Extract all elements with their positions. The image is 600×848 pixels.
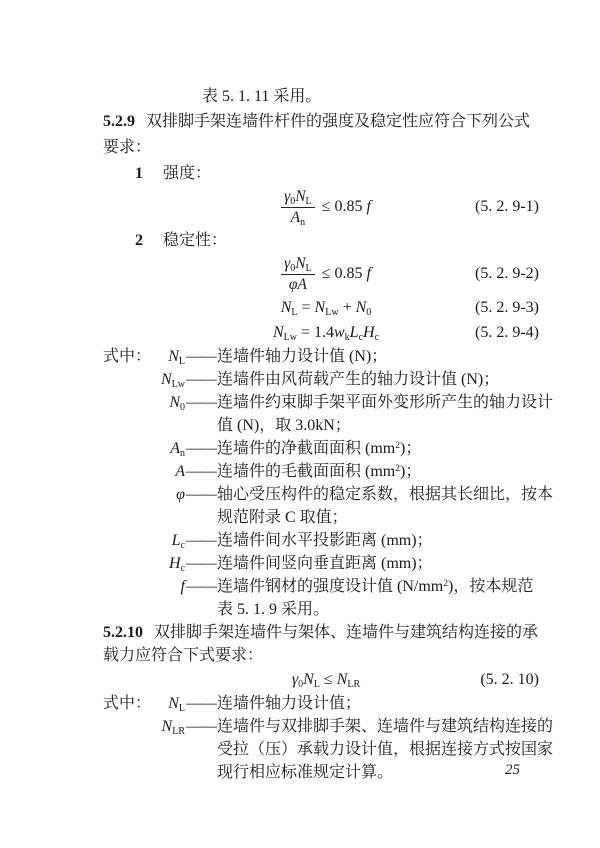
where-label: 式中： xyxy=(103,692,151,715)
symbol-Lc: Lc xyxy=(151,529,185,552)
fraction-numerator: γ0NL xyxy=(281,188,315,207)
equation-number: (5. 2. 9-3) xyxy=(459,299,539,317)
equation-5-2-9-3-body: NL = NLw + N0 xyxy=(103,299,459,317)
equation-5-2-9-1: γ0NLAn ≤ 0.85 f (5. 2. 9-1) xyxy=(103,186,539,228)
page-number: 25 xyxy=(505,762,520,779)
equation-5-2-9-2: γ0NLφA ≤ 0.85 f (5. 2. 9-2) xyxy=(103,253,539,295)
definition-text: 连墙件间竖向垂直距离 (mm)； xyxy=(217,552,539,575)
definition-dash: —— xyxy=(185,483,217,529)
section-5-2-9-number: 5.2.9 xyxy=(103,113,135,130)
fraction: γ0NLAn xyxy=(281,188,315,226)
symbol-An: An xyxy=(151,437,185,460)
fraction-numerator: γ0NL xyxy=(281,255,315,274)
definition-text: 轴心受压构件的稳定系数，根据其长细比，按本规范附录 C 取值； xyxy=(217,483,539,529)
section-5-2-9-title-line2: 要求： xyxy=(103,135,539,161)
definition-text: 连墙件的净截面面积 (mm2)； xyxy=(217,437,539,460)
definition-text: 连墙件轴力设计值； xyxy=(217,692,539,715)
section-5-2-9-heading: 5.2.9双排脚手架连墙件杆件的强度及稳定性应符合下列公式 xyxy=(103,109,539,135)
definition-text: 连墙件约束脚手架平面外变形所产生的轴力设计值 (N)，取 3.0kN； xyxy=(217,391,539,437)
symbol-phi: φ xyxy=(151,483,185,529)
item-1-number: 1 xyxy=(135,165,143,182)
section-5-2-9-title: 双排脚手架连墙件杆件的强度及稳定性应符合下列公式 xyxy=(146,113,530,130)
symbol-NLw: NLw xyxy=(151,368,185,391)
definition-row-NL-2: 式中： NL —— 连墙件轴力设计值； xyxy=(103,692,539,715)
fraction-denominator: An xyxy=(281,208,315,226)
definition-dash: —— xyxy=(185,692,217,715)
definition-text: 连墙件间水平投影距离 (mm)； xyxy=(217,529,539,552)
definition-row-Lc: Lc —— 连墙件间水平投影距离 (mm)； xyxy=(103,529,539,552)
definition-text: 连墙件钢材的强度设计值 (N/mm2)，按本规范表 5. 1. 9 采用。 xyxy=(217,575,539,621)
definition-row-phi: φ —— 轴心受压构件的稳定系数，根据其长细比，按本规范附录 C 取值； xyxy=(103,483,539,529)
equation-5-2-10-body: γ0NL ≤ NLR xyxy=(103,671,459,689)
equation-rhs: ≤ 0.85 f xyxy=(318,198,371,215)
paragraph-continuation: 表 5. 1. 11 采用。 xyxy=(103,84,539,109)
item-1-label: 强度： xyxy=(163,165,211,182)
definition-dash: —— xyxy=(185,437,217,460)
definition-dash: —— xyxy=(185,368,217,391)
section-5-2-10-title-line2: 载力应符合下式要求： xyxy=(103,644,539,667)
definition-dash: —— xyxy=(185,460,217,483)
definition-dash: —— xyxy=(185,715,217,784)
equation-5-2-9-1-body: γ0NLAn ≤ 0.85 f xyxy=(103,188,459,226)
definition-text: 连墙件轴力设计值 (N)； xyxy=(217,345,539,368)
list-item-strength: 1强度： xyxy=(103,161,539,186)
definition-row-NLw: NLw —— 连墙件由风荷载产生的轴力设计值 (N)； xyxy=(103,368,539,391)
definition-row-f: f —— 连墙件钢材的强度设计值 (N/mm2)，按本规范表 5. 1. 9 采… xyxy=(103,575,539,621)
definition-dash: —— xyxy=(185,552,217,575)
symbol-NL: NL xyxy=(151,692,185,715)
equation-rhs: ≤ 0.85 f xyxy=(318,265,371,282)
equation-5-2-10: γ0NL ≤ NLR (5. 2. 10) xyxy=(103,667,539,692)
definition-row-A: A —— 连墙件的毛截面面积 (mm2)； xyxy=(103,460,539,483)
equation-number: (5. 2. 9-2) xyxy=(459,265,539,283)
list-item-stability: 2稳定性： xyxy=(103,228,539,253)
symbol-A: A xyxy=(151,460,185,483)
fraction: γ0NLφA xyxy=(281,255,315,293)
definition-text: 连墙件与双排脚手架、连墙件与建筑结构连接的受拉（压）承载力设计值，根据连接方式按… xyxy=(217,715,539,784)
equation-5-2-9-4-body: NLw = 1.4wkLcHc xyxy=(103,324,459,342)
item-2-label: 稳定性： xyxy=(163,232,227,249)
section-5-2-10-number: 5.2.10 xyxy=(103,624,143,641)
fraction-denominator: φA xyxy=(281,275,315,293)
page-content: 表 5. 1. 11 采用。 5.2.9双排脚手架连墙件杆件的强度及稳定性应符合… xyxy=(103,84,539,784)
definition-row-NLR: NLR —— 连墙件与双排脚手架、连墙件与建筑结构连接的受拉（压）承载力设计值，… xyxy=(103,715,539,784)
symbol-NL: NL xyxy=(151,345,185,368)
definition-row-Hc: Hc —— 连墙件间竖向垂直距离 (mm)； xyxy=(103,552,539,575)
equation-5-2-9-2-body: γ0NLφA ≤ 0.85 f xyxy=(103,255,459,293)
equation-number: (5. 2. 9-1) xyxy=(459,198,539,216)
equation-5-2-9-4: NLw = 1.4wkLcHc (5. 2. 9-4) xyxy=(103,320,539,345)
definition-row-An: An —— 连墙件的净截面面积 (mm2)； xyxy=(103,437,539,460)
where-label: 式中： xyxy=(103,345,151,368)
definition-dash: —— xyxy=(185,391,217,437)
equation-number: (5. 2. 10) xyxy=(459,671,539,689)
definition-dash: —— xyxy=(185,529,217,552)
equation-5-2-9-3: NL = NLw + N0 (5. 2. 9-3) xyxy=(103,295,539,320)
equation-number: (5. 2. 9-4) xyxy=(459,324,539,342)
definition-row-N0: N0 —— 连墙件约束脚手架平面外变形所产生的轴力设计值 (N)，取 3.0kN… xyxy=(103,391,539,437)
document-page: 表 5. 1. 11 采用。 5.2.9双排脚手架连墙件杆件的强度及稳定性应符合… xyxy=(0,0,600,848)
section-5-2-10-title: 双排脚手架连墙件与架体、连墙件与建筑结构连接的承 xyxy=(154,624,538,641)
definition-row-NL: 式中： NL —— 连墙件轴力设计值 (N)； xyxy=(103,345,539,368)
symbol-f: f xyxy=(151,575,185,621)
definition-text: 连墙件的毛截面面积 (mm2)； xyxy=(217,460,539,483)
symbol-Hc: Hc xyxy=(151,552,185,575)
item-2-number: 2 xyxy=(135,232,143,249)
symbol-NLR: NLR xyxy=(151,715,185,784)
symbol-N0: N0 xyxy=(151,391,185,437)
section-5-2-10-heading: 5.2.10双排脚手架连墙件与架体、连墙件与建筑结构连接的承 xyxy=(103,621,539,644)
definition-dash: —— xyxy=(185,345,217,368)
definition-text: 连墙件由风荷载产生的轴力设计值 (N)； xyxy=(217,368,539,391)
definition-dash: —— xyxy=(185,575,217,621)
